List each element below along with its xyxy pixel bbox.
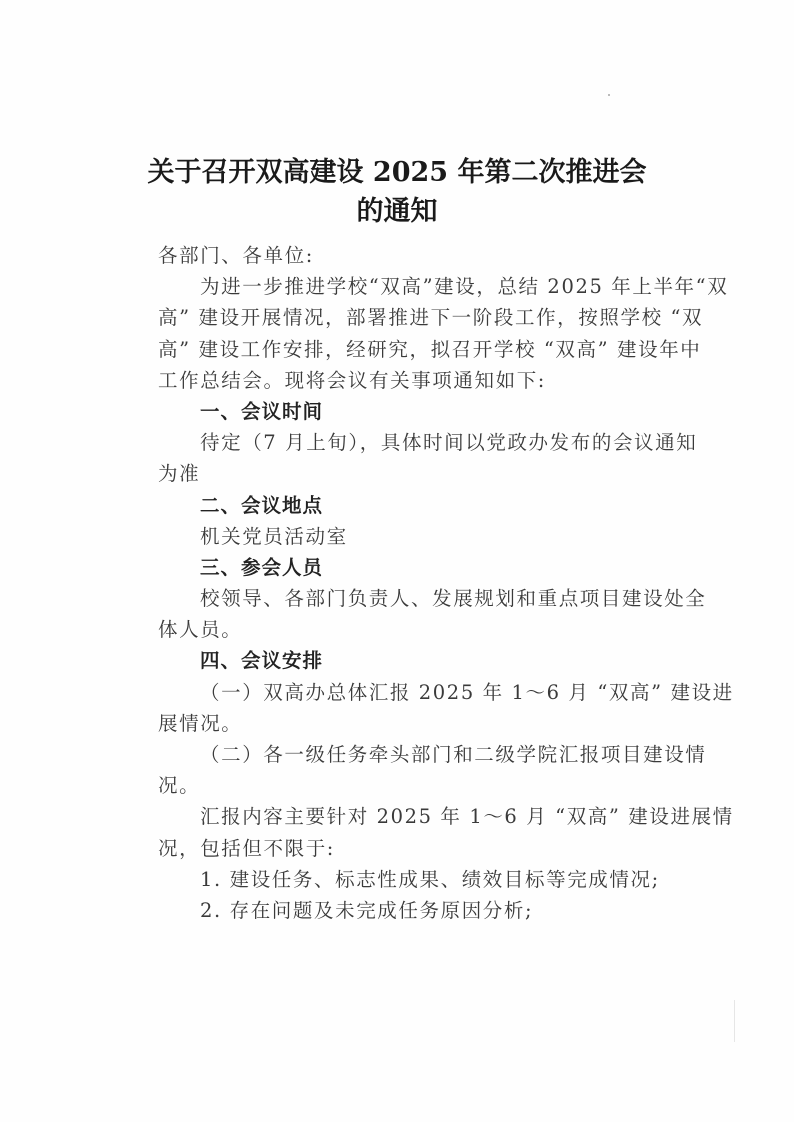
section-text: 机关党员活动室 bbox=[158, 521, 640, 552]
section-text: 为准 bbox=[158, 458, 640, 489]
section-text: 况，包括但不限于: bbox=[158, 833, 640, 864]
section-heading-time: 一、会议时间 bbox=[158, 396, 640, 427]
section-heading-attendees: 三、参会人员 bbox=[158, 552, 640, 583]
salutation: 各部门、各单位: bbox=[158, 240, 640, 271]
scan-speck bbox=[608, 94, 610, 96]
section-text: 汇报内容主要针对 2025 年 1～6 月 “双高” 建设进展情 bbox=[158, 801, 640, 832]
section-heading-agenda: 四、会议安排 bbox=[158, 645, 640, 676]
section-heading-location: 二、会议地点 bbox=[158, 490, 640, 521]
scan-edge-line bbox=[734, 1000, 735, 1042]
section-text: 校领导、各部门负责人、发展规划和重点项目建设处全 bbox=[158, 583, 640, 614]
intro-line: 高” 建设工作安排，经研究，拟召开学校 “双高” 建设年中 bbox=[158, 334, 640, 365]
intro-line: 工作总结会。现将会议有关事项通知如下: bbox=[158, 365, 640, 396]
document-body: 各部门、各单位: 为进一步推进学校“双高”建设，总结 2025 年上半年“双 高… bbox=[158, 240, 640, 926]
list-item: 2. 存在问题及未完成任务原因分析; bbox=[158, 895, 640, 926]
section-text: 待定（7 月上旬），具体时间以党政办发布的会议通知 bbox=[158, 427, 640, 458]
document-page: 关于召开双高建设 2025 年第二次推进会 的通知 各部门、各单位: 为进一步推… bbox=[0, 0, 794, 1122]
section-text: 况。 bbox=[158, 770, 640, 801]
list-item: 1. 建设任务、标志性成果、绩效目标等完成情况; bbox=[158, 864, 640, 895]
document-title-line-1: 关于召开双高建设 2025 年第二次推进会 bbox=[0, 150, 794, 189]
intro-line: 高” 建设开展情况，部署推进下一阶段工作，按照学校 “双 bbox=[158, 302, 640, 333]
document-title-line-2: 的通知 bbox=[0, 189, 794, 228]
section-text: 体人员。 bbox=[158, 614, 640, 645]
intro-line: 为进一步推进学校“双高”建设，总结 2025 年上半年“双 bbox=[158, 271, 640, 302]
section-text: 展情况。 bbox=[158, 708, 640, 739]
section-text: （一）双高办总体汇报 2025 年 1～6 月 “双高” 建设进 bbox=[158, 677, 640, 708]
section-text: （二）各一级任务牵头部门和二级学院汇报项目建设情 bbox=[158, 739, 640, 770]
